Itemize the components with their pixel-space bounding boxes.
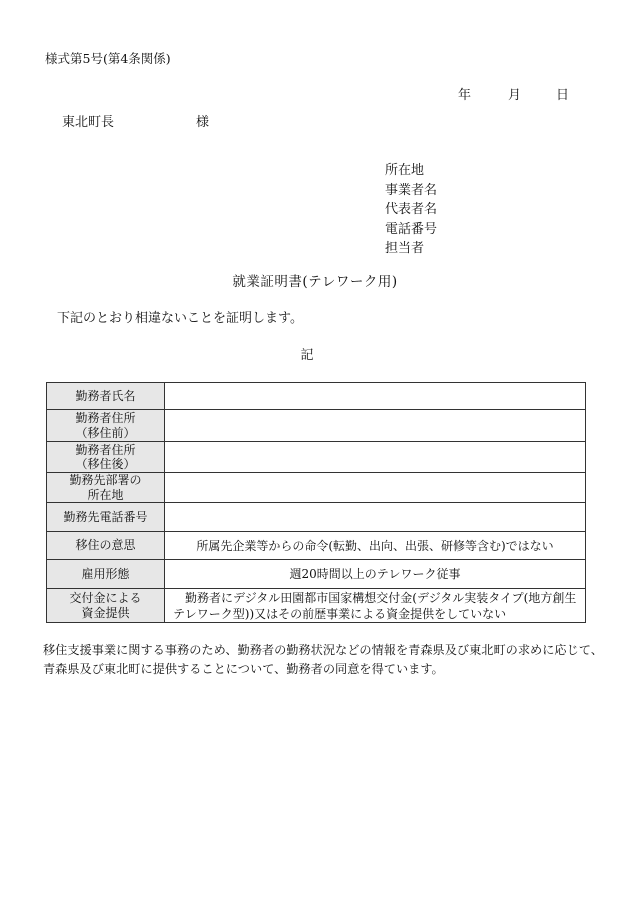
table-row: 交付金による資金提供 勤務者にデジタル田園都市国家構想交付金(デジタル実装タイプ… — [47, 589, 586, 623]
table-value-cell: 所属先企業等からの命令(転勤、出向、出張、研修等含む)ではない — [165, 532, 586, 560]
text-line: 所在地 — [47, 488, 164, 503]
text-line: 勤務者住所 — [47, 443, 164, 458]
text-line: 事業者名 — [385, 181, 437, 201]
certify-statement: 下記のとおり相違ないことを証明します。 — [57, 307, 303, 326]
text-line: 資金提供 — [47, 606, 164, 621]
text-line: 雇用形態 — [47, 567, 164, 582]
table-row: 勤務先部署の所在地 — [47, 473, 586, 503]
form-number-label: 様式第5号(第4条関係) — [45, 49, 171, 67]
table-header-cell: 交付金による資金提供 — [47, 589, 165, 623]
text-line: 青森県及び東北町に提供することについて、勤務者の同意を得ています。 — [43, 660, 603, 679]
text-line: 所在地 — [385, 161, 437, 181]
date-day-label: 日 — [556, 84, 569, 103]
recipient-honorific: 様 — [196, 111, 209, 130]
document-page: 様式第5号(第4条関係) 年 月 日 東北町長 様 所在地事業者名代表者名電話番… — [0, 0, 630, 903]
text-line: 移住支援事業に関する事務のため、勤務者の勤務状況などの情報を青森県及び東北町の求… — [43, 641, 603, 660]
table-header-cell: 勤務先部署の所在地 — [47, 473, 165, 503]
consent-paragraph: 移住支援事業に関する事務のため、勤務者の勤務状況などの情報を青森県及び東北町の求… — [43, 641, 603, 679]
table-row: 勤務先電話番号 — [47, 503, 586, 532]
ki-heading: 記 — [0, 344, 614, 363]
table-row: 移住の意思 所属先企業等からの命令(転勤、出向、出張、研修等含む)ではない — [47, 532, 586, 560]
text-line: 勤務者住所 — [47, 411, 164, 426]
text-line: 勤務者にデジタル田園都市国家構想交付金(デジタル実装タイプ(地方創生 — [173, 590, 577, 606]
text-line: 週20時間以上のテレワーク従事 — [165, 566, 585, 582]
text-line: テレワーク型))又はその前歴事業による資金提供をしていない — [173, 606, 577, 622]
table-row: 勤務者氏名 — [47, 383, 586, 410]
document-title: 就業証明書(テレワーク用) — [0, 270, 630, 290]
recipient-name: 東北町長 — [62, 111, 114, 130]
table-header-cell: 雇用形態 — [47, 560, 165, 589]
table-row: 雇用形態 週20時間以上のテレワーク従事 — [47, 560, 586, 589]
text-line: 交付金による — [47, 591, 164, 606]
text-line: 担当者 — [385, 239, 437, 259]
table-header-cell: 勤務者氏名 — [47, 383, 165, 410]
sender-fields-block: 所在地事業者名代表者名電話番号担当者 — [385, 161, 437, 259]
text-line: （移住前） — [47, 426, 164, 441]
table-value-cell — [165, 503, 586, 532]
table-value-cell — [165, 442, 586, 473]
text-line: 勤務者氏名 — [47, 389, 164, 404]
text-line: （移住後） — [47, 457, 164, 472]
table-header-cell: 勤務者住所（移住後） — [47, 442, 165, 473]
table-value-cell — [165, 383, 586, 410]
text-line: 電話番号 — [385, 220, 437, 240]
date-year-label: 年 — [458, 84, 471, 103]
table-row: 勤務者住所（移住後） — [47, 442, 586, 473]
table-value-cell — [165, 410, 586, 442]
table-header-cell: 勤務先電話番号 — [47, 503, 165, 532]
table-value-cell: 勤務者にデジタル田園都市国家構想交付金(デジタル実装タイプ(地方創生テレワーク型… — [165, 589, 586, 623]
table-row: 勤務者住所（移住前） — [47, 410, 586, 442]
info-table: 勤務者氏名 勤務者住所（移住前） 勤務者住所（移住後） 勤務先部署の所在地 勤務… — [46, 382, 586, 623]
table-value-cell: 週20時間以上のテレワーク従事 — [165, 560, 586, 589]
table-header-cell: 移住の意思 — [47, 532, 165, 560]
table-header-cell: 勤務者住所（移住前） — [47, 410, 165, 442]
text-line: 移住の意思 — [47, 538, 164, 553]
date-month-label: 月 — [508, 84, 521, 103]
text-line: 勤務先部署の — [47, 473, 164, 488]
text-line: 勤務先電話番号 — [47, 510, 164, 525]
text-line: 所属先企業等からの命令(転勤、出向、出張、研修等含む)ではない — [165, 538, 585, 554]
table-value-cell — [165, 473, 586, 503]
text-line: 代表者名 — [385, 200, 437, 220]
